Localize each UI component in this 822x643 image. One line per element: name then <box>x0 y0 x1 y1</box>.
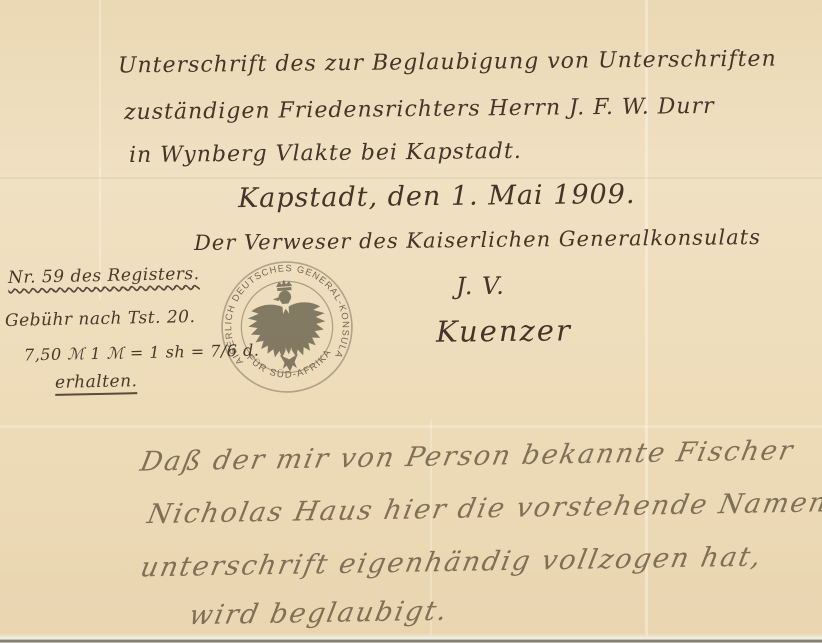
place-date-line: Kapstadt, den 1. Mai 1909. <box>238 179 636 214</box>
margin-note-received: erhalten. <box>55 371 138 393</box>
attestation-line-3: unterschrift eigenhändig vollzogen hat, <box>138 542 765 584</box>
register-number: Nr. 59 des Registers. <box>8 264 200 288</box>
margin-note-fee-basis: Gebühr nach Tst. 20. <box>5 307 196 331</box>
certification-line-1: Unterschrift des zur Beglaubigung von Un… <box>118 47 777 79</box>
signature-name: Kuenzer <box>436 313 572 348</box>
received-label: erhalten. <box>55 371 138 396</box>
attestation-line-4: wird beglaubigt. <box>187 596 452 631</box>
certification-line-3: in Wynberg Vlakte bei Kapstadt. <box>129 139 522 168</box>
attestation-line-2: Nicholas Haus hier die vorstehende Namen… <box>145 487 822 530</box>
paper-crease <box>99 0 101 300</box>
certification-line-2: zuständigen Friedensrichters Herrn J. F.… <box>124 94 715 125</box>
scan-bottom-edge <box>0 633 822 643</box>
signature-initials: J. V. <box>456 272 505 301</box>
paper-fold-horizontal <box>0 177 822 179</box>
margin-note-register: Nr. 59 des Registers. <box>8 264 200 288</box>
attestation-line-1: Daß der mir von Person bekannte Fischer <box>138 435 797 477</box>
scanned-document-sheet: Unterschrift des zur Beglaubigung von Un… <box>0 0 822 643</box>
consulate-office-line: Der Verweser des Kaiserlichen Generalkon… <box>194 225 761 255</box>
consulate-seal-stamp: KAISERLICH DEUTSCHES GENERAL-KONSULAT ✱ … <box>211 251 363 403</box>
paper-fold-horizontal <box>0 425 822 428</box>
